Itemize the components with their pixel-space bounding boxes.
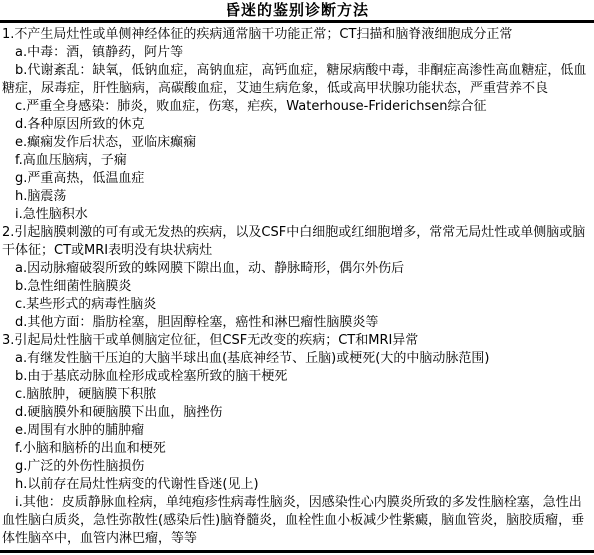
document-line: g.严重高热，低温血症 bbox=[2, 170, 593, 188]
document-line: h.以前存在局灶性病变的代谢性昏迷(见上) bbox=[2, 476, 593, 494]
document-line: d.其他方面：脂肪栓塞，胆固醇栓塞，癌性和淋巴瘤性脑膜炎等 bbox=[2, 314, 593, 332]
footer-divider bbox=[0, 550, 594, 553]
document-body: 1.不产生局灶性或单侧神经体征的疾病通常脑干功能正常；CT扫描和脑脊液细胞成分正… bbox=[0, 23, 594, 548]
document-line: i.急性脑积水 bbox=[2, 206, 593, 224]
document-line: f.高血压脑病，子痫 bbox=[2, 152, 593, 170]
document-page: 昏迷的鉴别诊断方法 1.不产生局灶性或单侧神经体征的疾病通常脑干功能正常；CT扫… bbox=[0, 0, 594, 555]
document-line: g.广泛的外伤性脑损伤 bbox=[2, 458, 593, 476]
document-line: f.小脑和脑桥的出血和梗死 bbox=[2, 440, 593, 458]
document-line: a.中毒：酒，镇静药，阿片等 bbox=[2, 44, 593, 62]
document-line: c.脑脓肿，硬脑膜下积脓 bbox=[2, 386, 593, 404]
document-line: e.周围有水肿的脯肿瘤 bbox=[2, 422, 593, 440]
document-line: b.代谢紊乱：缺氧，低钠血症，高钠血症，高钙血症，糖尿病酸中毒，非酮症高渗性高血… bbox=[2, 62, 593, 98]
document-line: i.其他：皮质静脉血栓病，单纯疱疹性病毒性脑炎，因感染性心内膜炎所致的多发性脑栓… bbox=[2, 494, 593, 548]
document-line: c.某些形式的病毒性脑炎 bbox=[2, 296, 593, 314]
page-title: 昏迷的鉴别诊断方法 bbox=[0, 0, 594, 20]
document-line: c.严重全身感染：肺炎，败血症，伤寒，疟疾，Waterhouse-Frideri… bbox=[2, 98, 593, 116]
document-line: a.有继发性脑干压迫的大脑半球出血(基底神经节、丘脑)或梗死(大的中脑动脉范围) bbox=[2, 350, 593, 368]
document-line: 3.引起局灶性脑干或单侧脑定位征，但CSF无改变的疾病；CT和MRI异常 bbox=[2, 332, 593, 350]
document-line: d.硬脑膜外和硬脑膜下出血，脑挫伤 bbox=[2, 404, 593, 422]
document-line: 2.引起脑膜刺激的可有或无发热的疾病，以及CSF中白细胞或红细胞增多，常常无局灶… bbox=[2, 224, 593, 260]
document-line: h.脑震荡 bbox=[2, 188, 593, 206]
document-line: b.由于基底动脉血栓形成或栓塞所致的脑干梗死 bbox=[2, 368, 593, 386]
document-line: b.急性细菌性脑膜炎 bbox=[2, 278, 593, 296]
document-line: e.癫痫发作后状态，亚临床癫痫 bbox=[2, 134, 593, 152]
document-line: 1.不产生局灶性或单侧神经体征的疾病通常脑干功能正常；CT扫描和脑脊液细胞成分正… bbox=[2, 26, 593, 44]
document-line: d.各种原因所致的休克 bbox=[2, 116, 593, 134]
document-line: a.因动脉瘤破裂所致的蛛网膜下隙出血，动、静脉畸形，偶尔外伤后 bbox=[2, 260, 593, 278]
